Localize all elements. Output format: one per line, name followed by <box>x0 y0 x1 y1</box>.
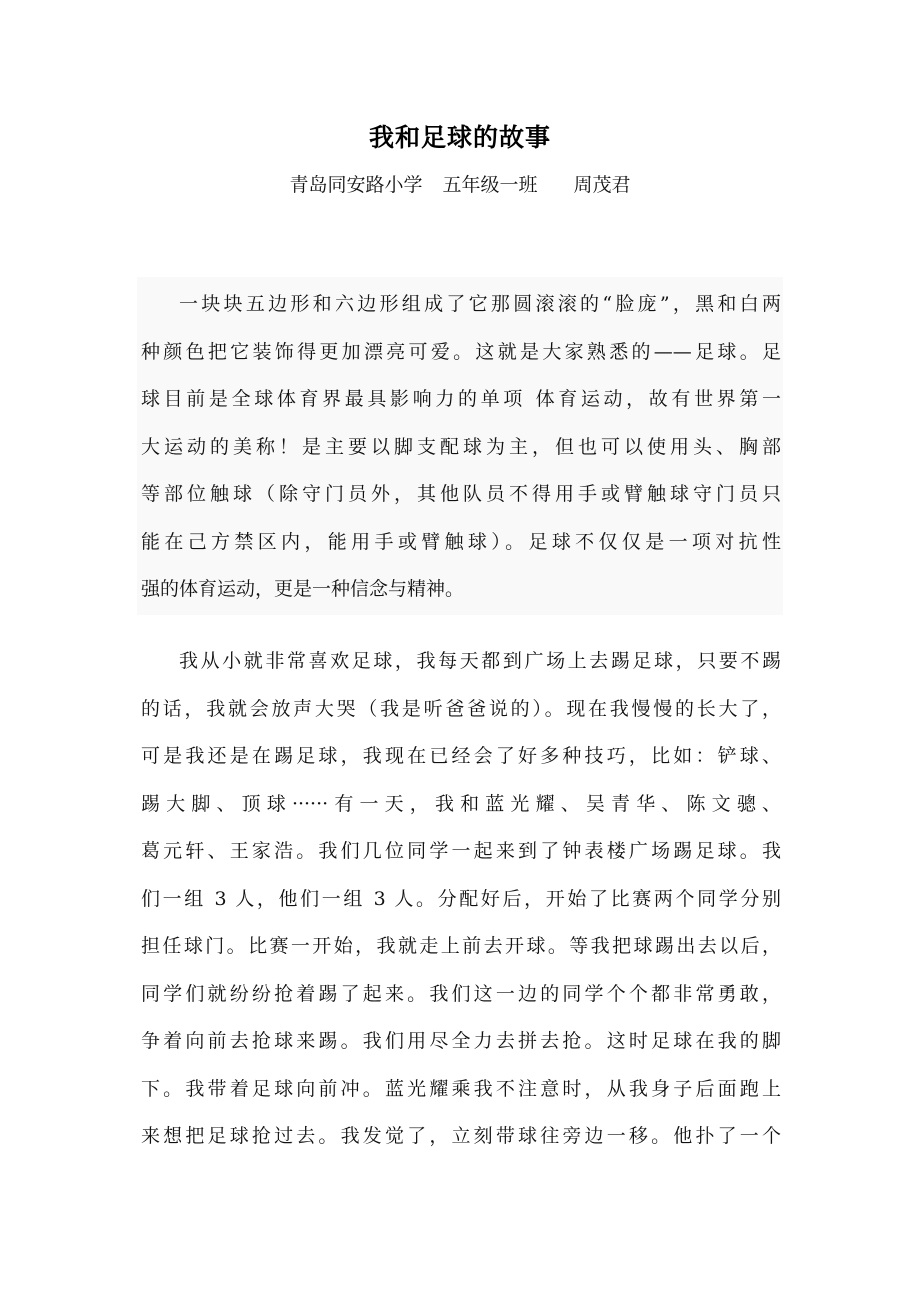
text-line: 来想把足球抢过去。我发觉了，立刻带球往旁边一移。他扑了一个 <box>141 1113 781 1161</box>
text-line: 们一组 3 人，他们一组 3 人。分配好后，开始了比赛两个同学分别 <box>141 876 781 924</box>
text-line: 葛元轩、王家浩。我们几位同学一起来到了钟表楼广场踢足球。我 <box>141 828 781 876</box>
paragraph-intro: 一块块五边形和六边形组成了它那圆滚滚的“脸庞”，黑和白两 种颜色把它装饰得更加漂… <box>141 281 781 614</box>
text-line: 的话，我就会放声大哭（我是听爸爸说的）。现在我慢慢的长大了， <box>141 686 781 734</box>
text-line: 同学们就纷纷抢着踢了起来。我们这一边的同学个个都非常勇敢， <box>141 971 781 1019</box>
text-line: 踢大脚、顶球······有一天，我和蓝光耀、吴青华、陈文骢、 <box>141 781 781 829</box>
document-title: 我和足球的故事 <box>0 118 920 154</box>
text-line: 种颜色把它装饰得更加漂亮可爱。这就是大家熟悉的——足球。足 <box>141 329 781 377</box>
paragraph-story: 我从小就非常喜欢足球，我每天都到广场上去踢足球，只要不踢 的话，我就会放声大哭（… <box>141 638 781 1161</box>
text-line: 一块块五边形和六边形组成了它那圆滚滚的“脸庞”，黑和白两 <box>141 281 781 329</box>
author-byline: 青岛同安路小学五年级一班周茂君 <box>0 170 920 197</box>
author-name: 周茂君 <box>574 170 631 197</box>
text-line: 争着向前去抢球来踢。我们用尽全力去拼去抢。这时足球在我的脚 <box>141 1018 781 1066</box>
text-line: 担任球门。比赛一开始，我就走上前去开球。等我把球踢出去以后， <box>141 923 781 971</box>
text-line: 球目前是全球体育界最具影响力的单项 体育运动，故有世界第一 <box>141 376 781 424</box>
text-line: 可是我还是在踢足球，我现在已经会了好多种技巧，比如：铲球、 <box>141 733 781 781</box>
text-line: 能在己方禁区内，能用手或臂触球）。足球不仅仅是一项对抗性 <box>141 519 781 567</box>
text-line: 我从小就非常喜欢足球，我每天都到广场上去踢足球，只要不踢 <box>141 638 781 686</box>
text-line: 强的体育运动，更是一种信念与精神。 <box>141 566 781 614</box>
text-line: 等部位触球（除守门员外，其他队员不得用手或臂触球守门员只 <box>141 471 781 519</box>
document-page: 我和足球的故事 青岛同安路小学五年级一班周茂君 一块块五边形和六边形组成了它那圆… <box>0 0 920 1302</box>
school-name: 青岛同安路小学 <box>289 170 422 197</box>
class-name: 五年级一班 <box>442 170 537 197</box>
text-line: 大运动的美称！是主要以脚支配球为主，但也可以使用头、胸部 <box>141 424 781 472</box>
text-line: 下。我带着足球向前冲。蓝光耀乘我不注意时，从我身子后面跑上 <box>141 1066 781 1114</box>
